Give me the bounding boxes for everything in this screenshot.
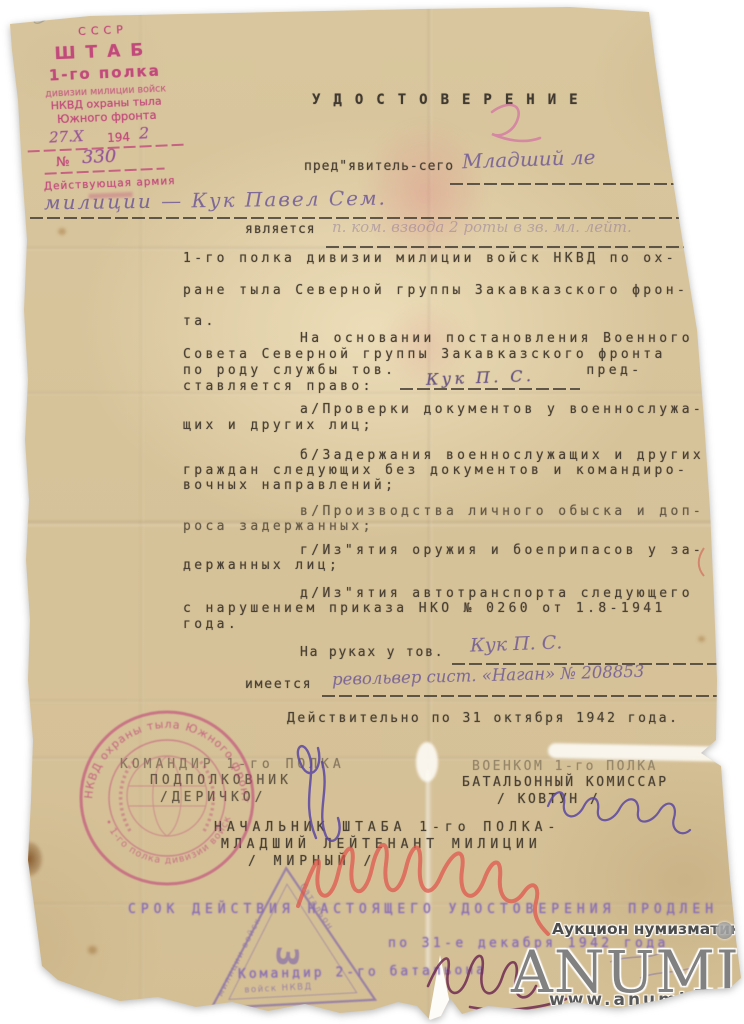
watermark-url: www.anumis.ru [549, 990, 737, 1010]
pencil-mark [34, 13, 52, 24]
pink-check-mark [492, 105, 540, 141]
document-scene: СССР ШТАБ 1-го полка дивизии милиции вой… [0, 0, 744, 1024]
paper-shadow-wrap: СССР ШТАБ 1-го полка дивизии милиции вой… [0, 0, 744, 1024]
red-tick [699, 548, 704, 576]
ink-marks-layer [0, 0, 744, 1024]
watermark-dot-icon [716, 922, 733, 939]
certificate-paper: СССР ШТАБ 1-го полка дивизии милиции вой… [0, 0, 744, 1024]
scanned-document-page: { "colors":{"paper":"#d9c69e","typed_ink… [0, 0, 744, 1024]
commissar-signature [548, 792, 690, 833]
commander-signature [298, 746, 340, 841]
red-pencil-signature [298, 845, 548, 934]
